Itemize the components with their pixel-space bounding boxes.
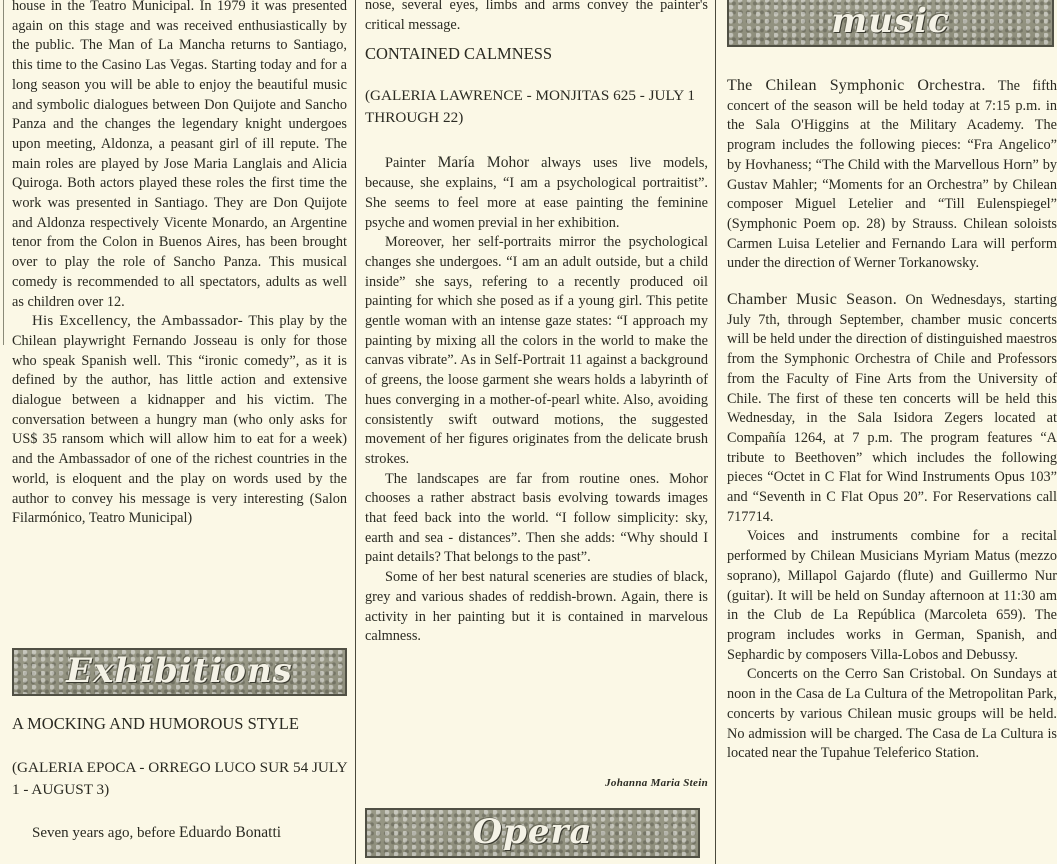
chamber-lead: Chamber Music Season. — [727, 291, 897, 308]
exhibition-venue: (GALERIA EPOCA - ORREGO LUCO SUR 54 JULY… — [12, 757, 347, 801]
ambassador-lead: His Excellency, the Ambassador- — [32, 313, 243, 329]
symphony-lead: The Chilean Symphonic Orchestra. — [727, 77, 986, 94]
theatre-intro: house in the Teatro Municipal. In 1979 i… — [12, 0, 347, 312]
recital-paragraph: Voices and instruments combine for a rec… — [727, 527, 1057, 665]
mohor-paragraph-1: Painter María Mohor always uses live mod… — [365, 153, 708, 233]
column-exhibitions: nose, several eyes, limbs and arms conve… — [365, 0, 708, 864]
opera-banner: Opera — [365, 808, 700, 858]
mohor-paragraph-2: Moreover, her self-portraits mirror the … — [365, 233, 708, 469]
calmness-venue: (GALERIA LAWRENCE - MONJITAS 625 - JULY … — [365, 85, 708, 129]
column-rule-1 — [355, 0, 356, 864]
ambassador-paragraph: His Excellency, the Ambassador- This pla… — [12, 312, 347, 529]
exhibitions-banner-title: Exhibitions — [66, 662, 293, 682]
cerro-paragraph: Concerts on the Cerro San Cristobal. On … — [727, 665, 1057, 764]
calmness-headline: CONTAINED CALMNESS — [365, 43, 708, 65]
symphony-paragraph: The Chilean Symphonic Orchestra. The fif… — [727, 76, 1057, 274]
mohor-paragraph-4: Some of her best natural sceneries are s… — [365, 568, 708, 647]
column-rule-left — [3, 0, 4, 345]
exhibitions-banner: Exhibitions — [12, 648, 347, 696]
exhibition-opening: Seven years ago, before Eduardo Bonatti — [12, 823, 347, 844]
column-rule-2 — [715, 0, 716, 864]
exhibition-headline: A MOCKING AND HUMOROUS STYLE — [12, 713, 312, 735]
opera-banner-title: Opera — [473, 823, 593, 843]
music-banner-title: music — [831, 12, 949, 32]
newspaper-page: house in the Teatro Municipal. In 1979 i… — [0, 0, 1057, 864]
mohor-paragraph-3: The landscapes are far from routine ones… — [365, 470, 708, 569]
music-banner: music — [727, 0, 1054, 47]
chamber-paragraph: Chamber Music Season. On Wednesdays, sta… — [727, 290, 1057, 527]
column-theatre: house in the Teatro Municipal. In 1979 i… — [12, 0, 347, 864]
exhibition-intro: nose, several eyes, limbs and arms conve… — [365, 0, 708, 35]
byline: Johanna Maria Stein — [365, 774, 708, 794]
column-music: music The Chilean Symphonic Orchestra. T… — [727, 0, 1057, 864]
